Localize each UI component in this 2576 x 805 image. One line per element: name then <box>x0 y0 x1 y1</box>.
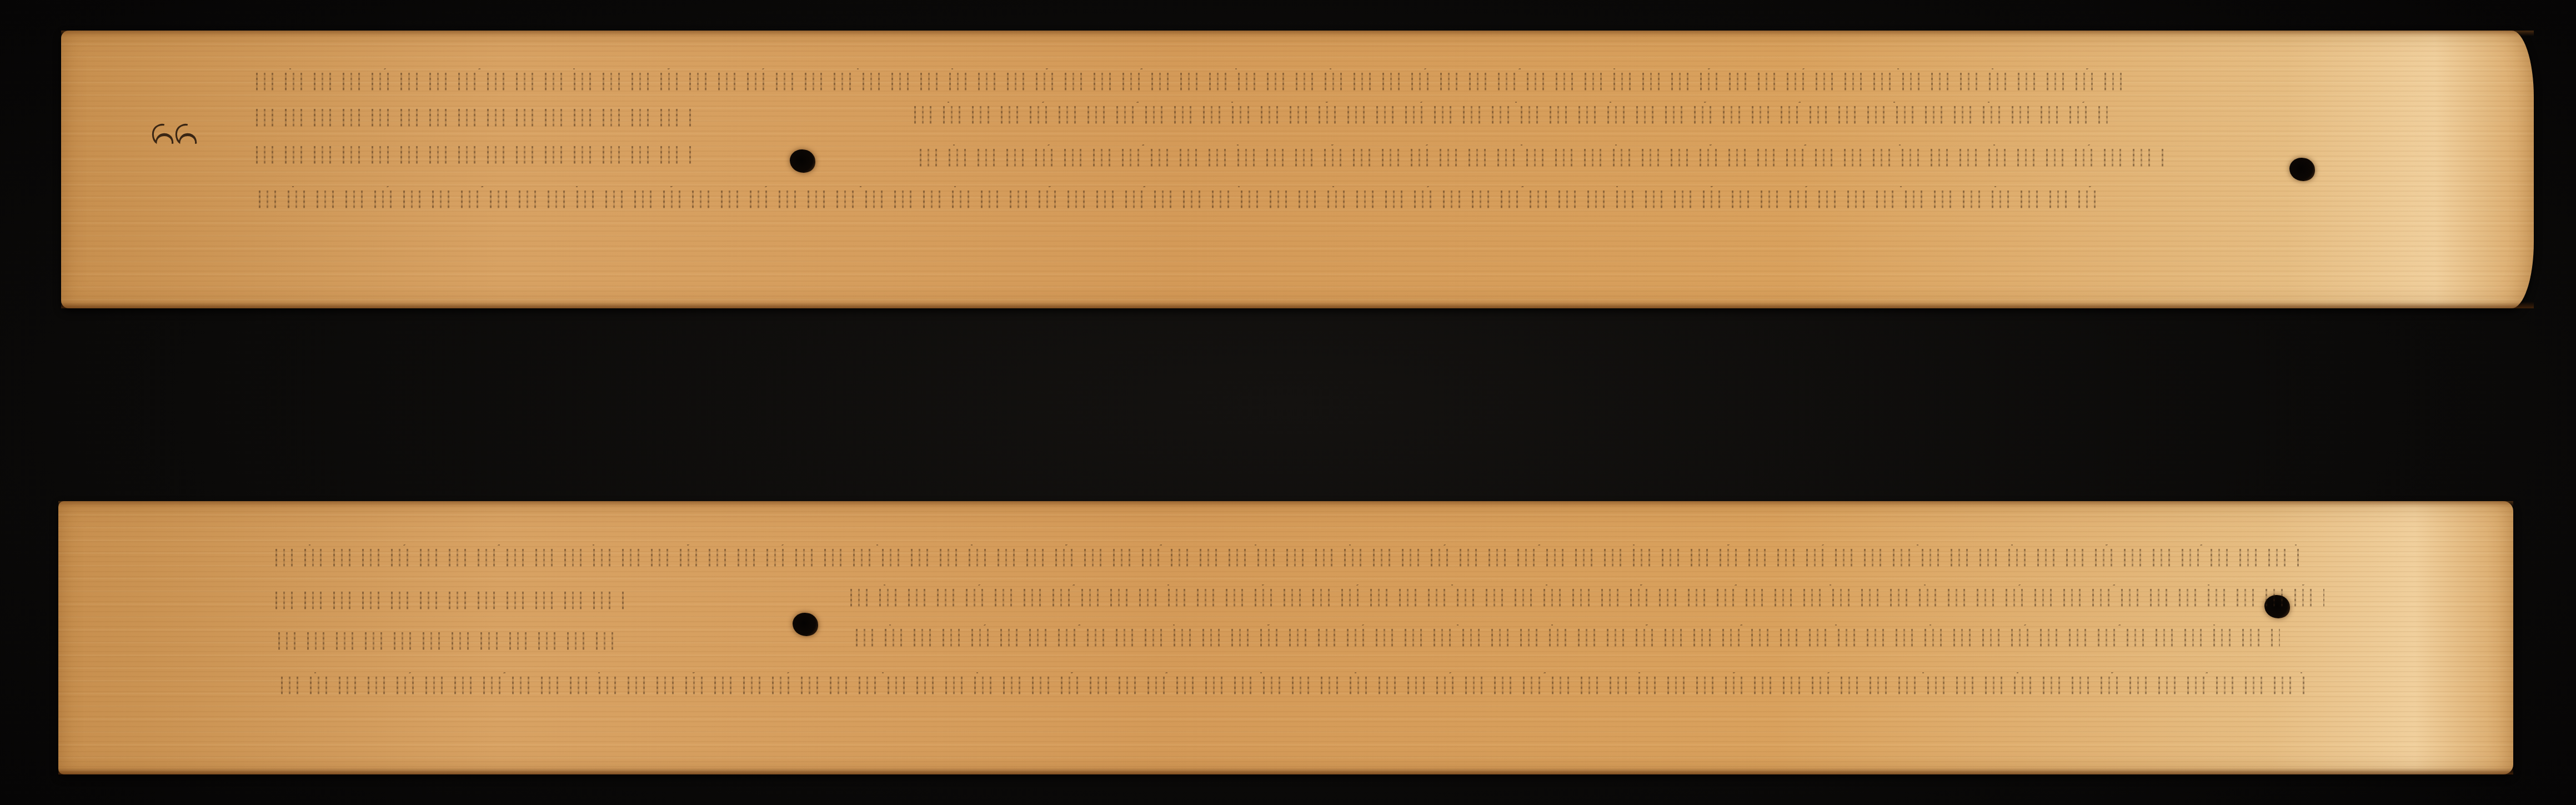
script-ascenders <box>853 624 2280 626</box>
leaf-edge-bottom <box>58 768 2513 774</box>
script-ascenders <box>911 102 2113 103</box>
leaf-edge-top <box>61 31 2534 36</box>
binding-hole-left <box>793 613 818 636</box>
script-line-4: Line 4 — Balinese script, full width <box>278 672 2308 698</box>
leaf-edge-top <box>58 501 2513 507</box>
binding-hole-right <box>2289 158 2315 181</box>
palm-leaf-manuscript-bottom: Line 1 — Balinese script, full width Lin… <box>58 501 2513 774</box>
script-ascenders <box>916 144 2163 146</box>
palm-leaf-manuscript-top: ᭖᭖ Line 1 — Balinese script, full width … <box>61 31 2534 308</box>
page-number-glyph: ᭖᭖ <box>150 114 197 149</box>
script-line-3-left: Line 3 — Balinese script, left block and… <box>275 628 625 653</box>
script-strokes <box>853 629 2280 647</box>
script-line-1: Line 1 — Balinese script, full width <box>272 544 2305 570</box>
script-line-2-right <box>847 584 2324 610</box>
script-ascenders <box>847 584 2324 586</box>
script-line-3-right <box>916 144 2163 170</box>
script-strokes <box>916 149 2163 167</box>
script-line-3-right <box>853 624 2280 650</box>
script-line-2-right <box>911 102 2113 127</box>
script-strokes <box>847 589 2324 607</box>
script-line-2-left: Line 2 — Balinese script, left block and… <box>272 587 628 613</box>
leaf-edge-bottom <box>61 302 2534 308</box>
script-line-3-left: Line 3 — Balinese script, left block and… <box>253 142 691 167</box>
script-line-4: Line 4 — Balinese script, full width <box>255 186 2105 212</box>
script-strokes <box>911 106 2113 124</box>
script-line-2-left: Line 2 — Balinese script, left block and… <box>253 104 691 130</box>
script-line-1: Line 1 — Balinese script, full width <box>253 68 2122 94</box>
binding-hole-left <box>790 149 815 173</box>
